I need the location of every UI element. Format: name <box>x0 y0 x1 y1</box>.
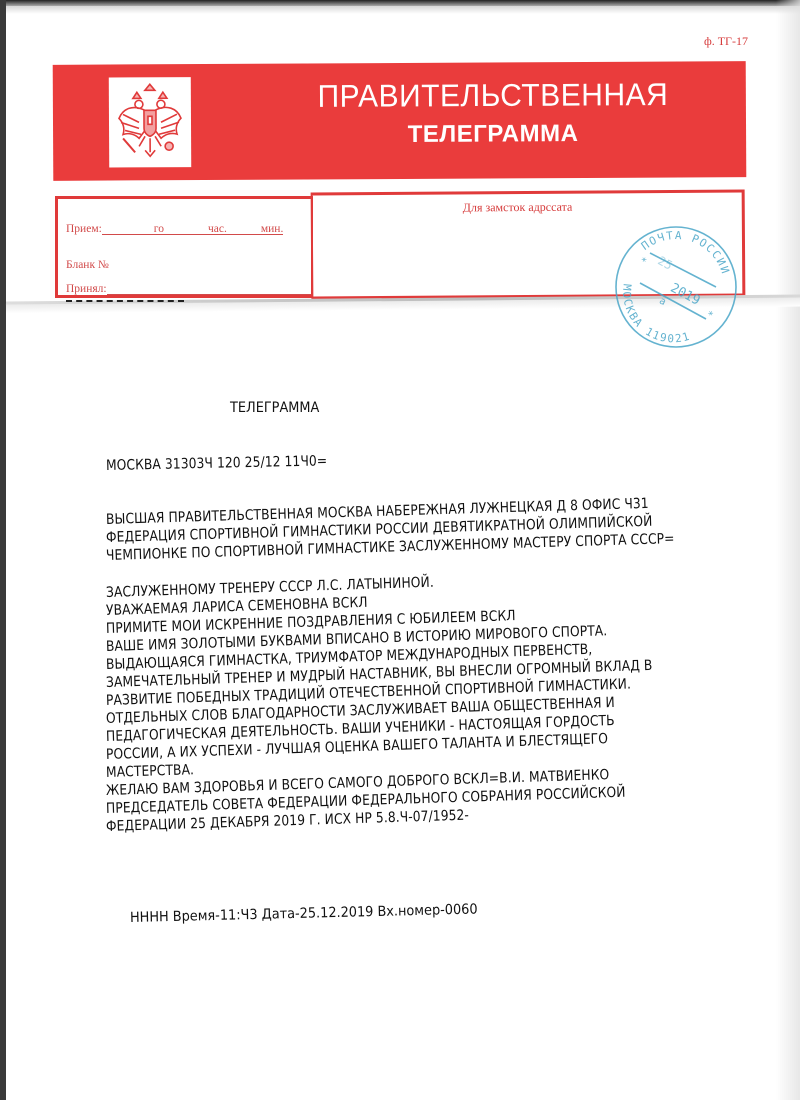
telegram-heading: ТЕЛЕГРАММА <box>230 400 319 416</box>
telegram-body: ТЕЛЕГРАММА МОСКВА 31303Ч 120 25/12 11Ч0=… <box>0 0 800 1100</box>
telegram-footer: НННН Время-11:Ч3 Дата-25.12.2019 Вх.номе… <box>130 902 478 926</box>
telegram-header-line: МОСКВА 31303Ч 120 25/12 11Ч0= <box>106 453 328 474</box>
body-line: МАСТЕРСТВА. <box>106 762 195 781</box>
